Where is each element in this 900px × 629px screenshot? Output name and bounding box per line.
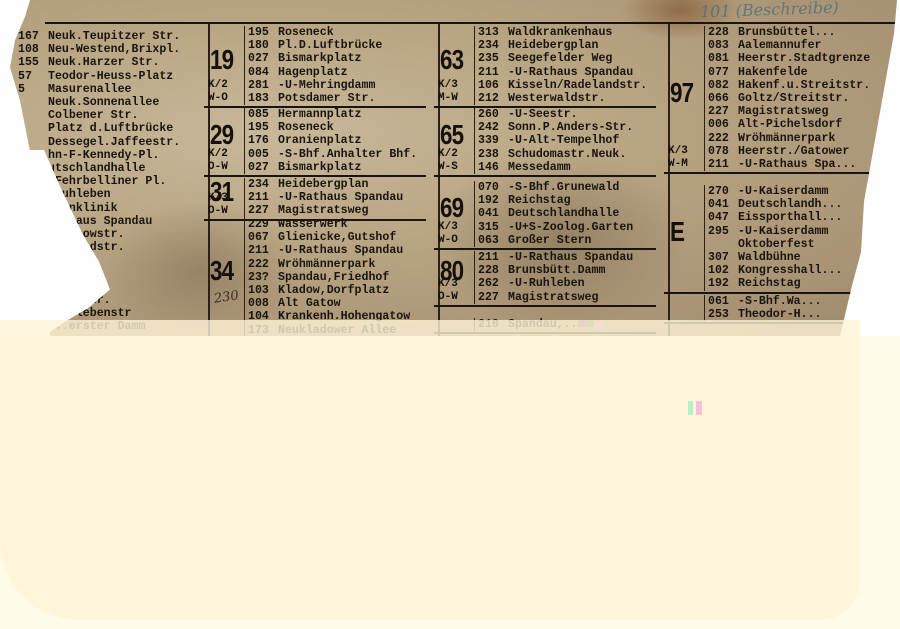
stop-name: Waldbühne: [738, 251, 801, 264]
stop-entry: 027Bismarkplatz: [248, 161, 417, 174]
stop-name: Dessegel.Jaffeestr.: [48, 136, 180, 149]
route-stops: 270-U-Kaiserdamm041Deutschlandh...047Eis…: [708, 185, 842, 291]
stop-code: 061: [708, 295, 738, 308]
column-divider: [474, 181, 475, 247]
stop-code: 262: [478, 277, 508, 290]
stop-entry: 235Seegefelder Weg: [478, 52, 647, 65]
stop-name: Alt-Pichelsdorf: [738, 118, 842, 131]
stop-entry: 23?Spandau,Friedhof: [248, 271, 410, 284]
stop-code: 167: [18, 30, 48, 43]
stop-code: 070: [478, 181, 508, 194]
route-tariff: K/2W-O: [208, 79, 228, 105]
stop-code: 176: [248, 134, 278, 147]
stop-name: Reichstag: [738, 277, 801, 290]
stop-entry: 008Alt Gatow: [248, 297, 410, 310]
stop-entry: Oktoberfest: [708, 238, 842, 251]
stop-name: Reichstag: [508, 194, 571, 207]
stop-name: -U+S-Zoolog.Garten: [508, 221, 633, 234]
stop-entry: 212Westerwaldstr.: [478, 92, 647, 105]
stop-name: Kisseln/Radelandstr.: [508, 79, 647, 92]
stop-entry: 281-U-Mehringdamm: [248, 79, 382, 92]
stop-code: 227: [708, 105, 738, 118]
route-stops: 211-U-Rathaus Spandau228Brunsbütt.Damm26…: [478, 251, 633, 304]
route-direction: O-W: [208, 161, 228, 174]
stop-name: Wröhmännerpark: [738, 132, 835, 145]
route-tariff: K/2O-W: [208, 148, 228, 174]
stop-code: 281: [248, 79, 278, 92]
stop-name: Neu-Westend,Brixpl.: [48, 43, 180, 56]
route-tariff: K/3O-W: [438, 278, 458, 304]
stop-entry: 227Magistratsweg: [248, 204, 403, 217]
stop-entry: 067Glienicke,Gutshof: [248, 231, 410, 244]
tariff-zone: K/3: [208, 192, 228, 205]
tariff-zone: K/3: [438, 221, 458, 234]
column-divider: [244, 108, 245, 174]
stop-entry: 229Wasserwerk: [248, 218, 410, 231]
route-tariff: K/3W-M: [668, 145, 688, 171]
route-stops: 085Hermannplatz195Roseneck176Oranienplat…: [248, 108, 417, 174]
stop-code: 222: [248, 258, 278, 271]
stop-entry: 315-U+S-Zoolog.Garten: [478, 221, 633, 234]
stop-entry: 234Heidebergplan: [478, 39, 647, 52]
stop-code: 195: [248, 26, 278, 39]
faded-paper: [0, 320, 860, 620]
stop-entry: 227Magistratsweg: [708, 105, 870, 118]
stop-code: 083: [708, 39, 738, 52]
stop-code: 242: [478, 121, 508, 134]
stop-code: 146: [478, 161, 508, 174]
stop-entry: 078Heerstr./Gatower: [708, 145, 870, 158]
stop-name: -U-Rathaus Spandau: [508, 251, 633, 264]
stop-name: Neuk.Sonnenallee: [48, 96, 159, 109]
stop-entry: 082Hakenf.u.Streitstr.: [708, 79, 870, 92]
stop-code: 155: [18, 56, 48, 69]
stop-entry: 262-U-Ruhleben: [478, 277, 633, 290]
route-direction: O-W: [208, 205, 228, 218]
stop-entry: 195Roseneck: [248, 26, 382, 39]
stop-entry: 295-U-Kaiserdamm: [708, 225, 842, 238]
stop-name: Großer Stern: [508, 234, 592, 247]
stop-name: -U-Rathaus Spandau: [278, 244, 403, 257]
stop-name: -U-Alt-Tempelhof: [508, 134, 619, 147]
stop-code: 102: [708, 264, 738, 277]
stop-entry: 222Wröhmännerpark: [708, 132, 870, 145]
stop-entry: 102Kongresshall...: [708, 264, 842, 277]
scan-artifact: [696, 401, 702, 415]
stop-entry: 222Wröhmännerpark: [248, 258, 410, 271]
route-stops: 313Waldkrankenhaus234Heidebergplan235See…: [478, 26, 647, 105]
stop-entry: 234Heidebergplan: [248, 178, 403, 191]
route-divider: [664, 172, 886, 174]
stop-name: -U-Kaiserdamm: [738, 225, 828, 238]
route-tariff: K/3M-W: [438, 79, 458, 105]
stop-entry: Dessegel.Jaffeestr.: [18, 136, 180, 149]
stop-code: 180: [248, 39, 278, 52]
stop-name: Oranienplatz: [278, 134, 362, 147]
timetable-scan: 101 (Beschreibe) 167Neuk.Teupitzer Str.1…: [0, 0, 900, 336]
column-divider: [704, 185, 705, 291]
stop-name: -U-Ruhleben: [508, 277, 585, 290]
stop-name: Alt Gatow: [278, 297, 341, 310]
route-divider: [434, 305, 656, 307]
route-stops: 260-U-Seestr.242Sonn.P.Anders-Str.339-U-…: [478, 108, 633, 174]
stop-name: Seegefelder Weg: [508, 52, 612, 65]
stop-code: 234: [248, 178, 278, 191]
stop-code: 192: [708, 277, 738, 290]
route-stops: 234Heidebergplan211-U-Rathaus Spandau227…: [248, 178, 403, 218]
route-direction: W-M: [668, 158, 688, 171]
route-direction: W-O: [208, 92, 228, 105]
stop-name: -U-Mehringdamm: [278, 79, 375, 92]
stop-entry: 063Großer Stern: [478, 234, 633, 247]
stop-code: 234: [478, 39, 508, 52]
stop-name: Kladow,Dorfplatz: [278, 284, 389, 297]
stop-name: Spandau,Friedhof: [278, 271, 389, 284]
stop-code: 227: [248, 204, 278, 217]
stop-entry: Platz d.Luftbrücke: [18, 122, 180, 135]
stop-code: 211: [708, 158, 738, 171]
column-divider: [474, 251, 475, 304]
stop-code: 041: [478, 207, 508, 220]
tariff-zone: K/2: [208, 79, 228, 92]
stop-entry: 155Neuk.Harzer Str.: [18, 56, 180, 69]
stop-entry: 006Alt-Pichelsdorf: [708, 118, 870, 131]
stop-code: 23?: [248, 271, 278, 284]
route-divider: [434, 248, 656, 250]
stop-code: 211: [248, 191, 278, 204]
stop-name: Sonn.P.Anders-Str.: [508, 121, 633, 134]
stop-code: 041: [708, 198, 738, 211]
stop-code: 047: [708, 211, 738, 224]
stop-name: Platz d.Luftbrücke: [48, 122, 173, 135]
stop-name: utschlandhalle: [48, 162, 145, 175]
route-number: 29: [210, 119, 233, 151]
route-stops: 228Brunsbüttel...083Aalemannufer081Heers…: [708, 26, 870, 171]
stop-code: 313: [478, 26, 508, 39]
tariff-zone: K/3: [438, 278, 458, 291]
stop-name: Roseneck: [278, 26, 334, 39]
stop-name: -U-Seestr.: [508, 108, 578, 121]
stop-entry: 307Waldbühne: [708, 251, 842, 264]
stop-name: Teodor-Heuss-Platz: [48, 70, 173, 83]
route-divider: [204, 175, 426, 177]
route-tariff: K/3O-W: [208, 192, 228, 218]
stop-name: Kongresshall...: [738, 264, 842, 277]
stop-name: Wasserwerk: [278, 218, 348, 231]
route-number: 69: [440, 192, 463, 224]
stop-code: 077: [708, 66, 738, 79]
stop-name: Magistratsweg: [278, 204, 368, 217]
stop-code: 008: [248, 297, 278, 310]
stop-entry: 083Aalemannufer: [708, 39, 870, 52]
stop-name: Magistratsweg: [738, 105, 828, 118]
stop-code: 063: [478, 234, 508, 247]
stop-name: Aalemannufer: [738, 39, 822, 52]
route-number: 34: [210, 255, 233, 287]
stop-name: Heerstr.Stadtgrenze: [738, 52, 870, 65]
stop-name: Bismarkplatz: [278, 52, 362, 65]
stop-name: Pl.D.Luftbrücke: [278, 39, 382, 52]
stop-name: Schudomastr.Neuk.: [508, 148, 626, 161]
stop-code: 228: [708, 26, 738, 39]
stop-name: -U-Rathaus Spa...: [738, 158, 856, 171]
stop-name: Brunsbüttel...: [738, 26, 835, 39]
stop-entry: 313Waldkrankenhaus: [478, 26, 647, 39]
stop-code: 212: [478, 92, 508, 105]
stop-entry: 183Potsdamer Str.: [248, 92, 382, 105]
stop-code: 5: [18, 83, 48, 96]
route-number: 19: [210, 44, 233, 76]
handwritten-note: 101 (Beschreibe): [700, 0, 839, 21]
stop-code: 238: [478, 148, 508, 161]
stop-code: 195: [248, 121, 278, 134]
stop-name: Masurenallee: [48, 83, 132, 96]
stop-entry: 106Kisseln/Radelandstr.: [478, 79, 647, 92]
stop-name: -S-Bhf.Wa...: [738, 295, 822, 308]
column-divider: [244, 26, 245, 105]
stop-code: 339: [478, 134, 508, 147]
route-stops: 070-S-Bhf.Grunewald192Reichstag041Deutsc…: [478, 181, 633, 247]
stop-name: Hermannplatz: [278, 108, 362, 121]
stop-code: 106: [478, 79, 508, 92]
stop-code: 229: [248, 218, 278, 231]
stop-code: 027: [248, 161, 278, 174]
stop-code: 084: [248, 66, 278, 79]
stop-code: 235: [478, 52, 508, 65]
stop-entry: 238Schudomastr.Neuk.: [478, 148, 633, 161]
stop-code: 227: [478, 291, 508, 304]
stop-entry: 228Brunsbüttel...: [708, 26, 870, 39]
stop-name: hn-F-Kennedy-Pl.: [48, 149, 159, 162]
stop-entry: 146Messedamm: [478, 161, 633, 174]
stop-code: 315: [478, 221, 508, 234]
stop-name: Magistratsweg: [508, 291, 598, 304]
stop-entry: 176Oranienplatz: [248, 134, 417, 147]
stop-code: 295: [708, 225, 738, 238]
stop-entry: 041Deutschlandhalle: [478, 207, 633, 220]
route-divider: [434, 175, 656, 177]
stop-entry: 192Reichstag: [478, 194, 633, 207]
stop-name: Hagenplatz: [278, 66, 348, 79]
route-tariff: K/3W-O: [438, 221, 458, 247]
route-direction: O-W: [438, 291, 458, 304]
column-divider: [474, 26, 475, 105]
stop-name: Glienicke,Gutshof: [278, 231, 396, 244]
stop-entry: 270-U-Kaiserdamm: [708, 185, 842, 198]
tariff-zone: K/2: [438, 148, 458, 161]
route-direction: W-O: [438, 234, 458, 247]
stop-entry: 084Hagenplatz: [248, 66, 382, 79]
stop-code: 270: [708, 185, 738, 198]
stop-entry: 211-U-Rathaus Spandau: [478, 66, 647, 79]
stop-entry: 211-U-Rathaus Spandau: [248, 244, 410, 257]
stop-code: 307: [708, 251, 738, 264]
column-divider: [704, 26, 705, 171]
route-stops: 229Wasserwerk067Glienicke,Gutshof211-U-R…: [248, 218, 410, 336]
stop-entry: 077Hakenfelde: [708, 66, 870, 79]
stop-name: Colbener Str.: [48, 109, 138, 122]
stop-entry: 085Hermannplatz: [248, 108, 417, 121]
stop-name: Westerwaldstr.: [508, 92, 605, 105]
stop-entry: 211-U-Rathaus Spandau: [478, 251, 633, 264]
stop-code: 005: [248, 148, 278, 161]
stop-name: -Fehrbelliner Pl.: [48, 175, 166, 188]
column-divider: [244, 218, 245, 336]
route-number: 63: [440, 44, 463, 76]
stop-entry: Colbener Str.: [18, 109, 180, 122]
stop-name: Brunsbütt.Damm: [508, 264, 605, 277]
stop-name: Messedamm: [508, 161, 571, 174]
tariff-zone: K/3: [438, 79, 458, 92]
stop-entry: 228Brunsbütt.Damm: [478, 264, 633, 277]
scan-artifact: [688, 401, 693, 415]
stop-entry: 211-U-Rathaus Spandau: [248, 191, 403, 204]
stop-code: 211: [478, 251, 508, 264]
stop-code: 006: [708, 118, 738, 131]
stop-entry: 103Kladow,Dorfplatz: [248, 284, 410, 297]
stop-name: Heidebergplan: [278, 178, 368, 191]
stop-code: 57: [18, 70, 48, 83]
stop-code: 260: [478, 108, 508, 121]
stop-entry: 180Pl.D.Luftbrücke: [248, 39, 382, 52]
stop-name: Waldkrankenhaus: [508, 26, 612, 39]
stop-entry: 242Sonn.P.Anders-Str.: [478, 121, 633, 134]
stop-entry: 108Neu-Westend,Brixpl.: [18, 43, 180, 56]
route-direction: M-W: [438, 92, 458, 105]
stop-entry: 027Bismarkplatz: [248, 52, 382, 65]
stop-name: Heerstr./Gatower: [738, 145, 849, 158]
route-tariff: K/2W-S: [438, 148, 458, 174]
column-divider: [244, 178, 245, 218]
column-divider: [704, 295, 705, 321]
column-divider: [474, 108, 475, 174]
stop-code: 222: [708, 132, 738, 145]
route-stops: 195Roseneck180Pl.D.Luftbrücke027Bismarkp…: [248, 26, 382, 105]
tariff-zone: K/3: [668, 145, 688, 158]
stop-name: Hakenfelde: [738, 66, 808, 79]
stop-code: 183: [248, 92, 278, 105]
stop-code: 067: [248, 231, 278, 244]
stop-name: Bismarkplatz: [278, 161, 362, 174]
stop-entry: 005-S-Bhf.Anhalter Bhf.: [248, 148, 417, 161]
stop-name: Oktoberfest: [738, 238, 815, 251]
route-number: E: [670, 216, 684, 248]
stop-name: -U-Rathaus Spandau: [278, 191, 403, 204]
stop-name: Roseneck: [278, 121, 334, 134]
stop-code: 192: [478, 194, 508, 207]
stop-name: -U-Rathaus Spandau: [508, 66, 633, 79]
stop-entry: 070-S-Bhf.Grunewald: [478, 181, 633, 194]
route-stops: 061-S-Bhf.Wa...253Theodor-H...: [708, 295, 822, 321]
stop-entry: 041Deutschlandh...: [708, 198, 842, 211]
stop-entry: 57Teodor-Heuss-Platz: [18, 70, 180, 83]
stop-name: Neuk.Harzer Str.: [48, 56, 159, 69]
stop-entry: 195Roseneck: [248, 121, 417, 134]
stop-name: Hakenf.u.Streitstr.: [738, 79, 870, 92]
stop-entry: 066Goltz/Streitstr.: [708, 92, 870, 105]
stop-code: 078: [708, 145, 738, 158]
stop-name: Potsdamer Str.: [278, 92, 375, 105]
stop-entry: 167Neuk.Teupitzer Str.: [18, 30, 180, 43]
stop-name: -S-Bhf.Grunewald: [508, 181, 619, 194]
stop-code: 027: [248, 52, 278, 65]
stop-entry: 211-U-Rathaus Spa...: [708, 158, 870, 171]
stop-name: Neuk.Teupitzer Str.: [48, 30, 180, 43]
stop-code: 082: [708, 79, 738, 92]
stop-name: Goltz/Streitstr.: [738, 92, 849, 105]
route-number: 97: [670, 77, 693, 109]
stop-entry: 5Masurenallee: [18, 83, 180, 96]
tariff-zone: K/2: [208, 148, 228, 161]
stop-entry: 061-S-Bhf.Wa...: [708, 295, 822, 308]
route-direction: W-S: [438, 161, 458, 174]
stop-name: Deutschlandh...: [738, 198, 842, 211]
stop-name: -U-Kaiserdamm: [738, 185, 828, 198]
stop-code: 103: [248, 284, 278, 297]
washed-out-region: [0, 336, 900, 629]
stop-code: 211: [248, 244, 278, 257]
stop-name: Heidebergplan: [508, 39, 598, 52]
stop-name: Deutschlandhalle: [508, 207, 619, 220]
stop-entry: 047Eissporthall...: [708, 211, 842, 224]
stop-entry: Neuk.Sonnenallee: [18, 96, 180, 109]
stop-name: -S-Bhf.Anhalter Bhf.: [278, 148, 417, 161]
stop-code: 228: [478, 264, 508, 277]
stop-code: 108: [18, 43, 48, 56]
stop-entry: 339-U-Alt-Tempelhof: [478, 134, 633, 147]
stop-entry: 227Magistratsweg: [478, 291, 633, 304]
stop-code: 085: [248, 108, 278, 121]
stop-entry: 192Reichstag: [708, 277, 842, 290]
stop-name: Wröhmännerpark: [278, 258, 375, 271]
stop-code: 081: [708, 52, 738, 65]
stop-code: 211: [478, 66, 508, 79]
stop-entry: 260-U-Seestr.: [478, 108, 633, 121]
stop-entry: 081Heerstr.Stadtgrenze: [708, 52, 870, 65]
stop-name: Eissporthall...: [738, 211, 842, 224]
stop-code: 066: [708, 92, 738, 105]
route-number: 65: [440, 119, 463, 151]
